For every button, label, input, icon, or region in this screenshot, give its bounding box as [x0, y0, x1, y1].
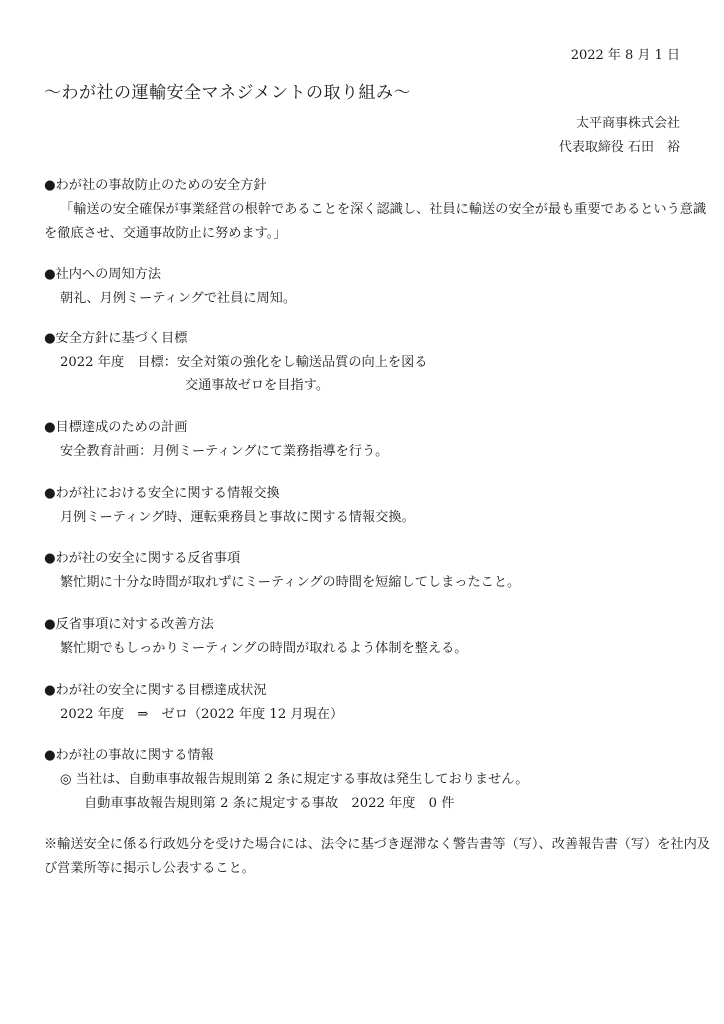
- footnote-line-1: ※輸送安全に係る行政処分を受けた場合には、法令に基づき遅滞なく警告書等（写）、改…: [44, 833, 710, 857]
- targets-text-line-2: 交通事故ゼロを目指す。: [185, 374, 329, 398]
- section-heading-improvement: ●反省事項に対する改善方法: [44, 613, 214, 637]
- improvement-text: 繁忙期でもしっかりミーティングの時間が取れるよう体制を整える。: [60, 637, 468, 661]
- company-name: 太平商事株式会社: [576, 112, 680, 131]
- safety-policy-text-line-1: 「輸送の安全確保が事業経営の根幹であることを深く認識し、社員に輸送の安全が最も重…: [60, 198, 706, 222]
- document-title: ～わが社の運輸安全マネジメントの取り組み～: [44, 78, 411, 103]
- document-page: 2022 年 8 月 1 日 ～わが社の運輸安全マネジメントの取り組み～ 太平商…: [0, 0, 724, 1024]
- section-heading-safety-policy: ●わが社の事故防止のための安全方針: [44, 174, 267, 198]
- dissemination-text: 朝礼、月例ミーティングで社員に周知。: [60, 287, 296, 311]
- representative-name: 代表取締役 石田 裕: [559, 136, 680, 155]
- achievement-text: 2022 年度 ⇒ ゼロ（2022 年度 12 月現在）: [60, 703, 343, 727]
- footnote-line-2: び営業所等に掲示し公表すること。: [44, 857, 255, 881]
- accident-info-text-line-1: ◎ 当社は、自動車事故報告規則第 2 条に規定する事故は発生しておりません。: [60, 768, 528, 792]
- section-heading-accident-info: ●わが社の事故に関する情報: [44, 744, 214, 768]
- section-heading-achievement: ●わが社の安全に関する目標達成状況: [44, 679, 267, 703]
- section-heading-dissemination: ●社内への周知方法: [44, 263, 161, 287]
- reflection-text: 繁忙期に十分な時間が取れずにミーティングの時間を短縮してしまったこと。: [60, 571, 520, 595]
- targets-text-line-1: 2022 年度 目標：安全対策の強化をし輸送品質の向上を図る: [60, 351, 427, 375]
- section-heading-reflection: ●わが社の安全に関する反省事項: [44, 547, 240, 571]
- document-date: 2022 年 8 月 1 日: [571, 44, 680, 63]
- safety-policy-text-line-2: を徹底させ、交通事故防止に努めます。」: [44, 222, 287, 246]
- plan-text: 安全教育計画：月例ミーティングにて業務指導を行う。: [60, 440, 388, 464]
- info-exchange-text: 月例ミーティング時、運転乗務員と事故に関する情報交換。: [60, 506, 415, 530]
- section-heading-info-exchange: ●わが社における安全に関する情報交換: [44, 482, 280, 506]
- section-heading-targets: ●安全方針に基づく目標: [44, 327, 187, 351]
- section-heading-plan: ●目標達成のための計画: [44, 416, 187, 440]
- accident-info-text-line-2: 自動車事故報告規則第 2 条に規定する事故 2022 年度 0 件: [84, 792, 454, 816]
